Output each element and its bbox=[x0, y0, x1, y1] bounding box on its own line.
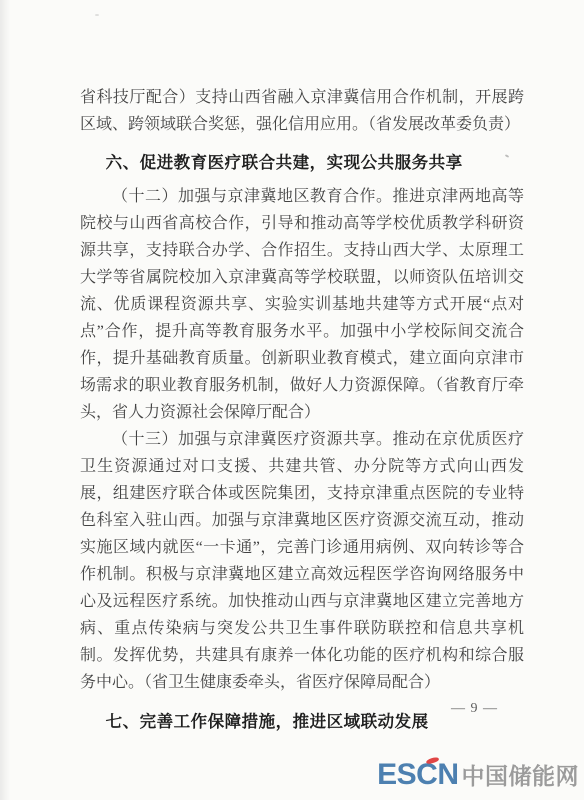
paragraph-item-13: （十三）加强与京津冀医疗资源共享。推动在京优质医疗卫生资源通过对口支援、共建共管… bbox=[80, 426, 524, 696]
scan-edge-shadow bbox=[0, 0, 10, 800]
escn-logo-letters-es: ES bbox=[377, 758, 416, 791]
scanned-document-page: 省科技厅配合）支持山西省融入京津冀信用合作机制，开展跨区域、跨领域联合奖惩，强化… bbox=[0, 0, 584, 800]
page-number: — 9 — bbox=[451, 701, 498, 717]
escn-logo-letter-n: N bbox=[437, 758, 458, 791]
escn-watermark-logo: ESCN 中国储能网 bbox=[377, 757, 579, 793]
paragraph-item-12: （十二）加强与京津冀地区教育合作。推进京津两地高等院校与山西省高校合作，引导和推… bbox=[80, 183, 524, 426]
scan-artifact-speck bbox=[95, 14, 99, 16]
escn-logo-text: ESCN bbox=[377, 757, 458, 793]
document-body: 省科技厅配合）支持山西省融入京津冀信用合作机制，开展跨区域、跨领域联合奖惩，强化… bbox=[80, 84, 524, 742]
section-6-heading: 六、促进教育医疗联合共建，实现公共服务共享 bbox=[80, 150, 524, 177]
escn-site-name: 中国储能网 bbox=[462, 761, 580, 791]
paragraph-intro-continuation: 省科技厅配合）支持山西省融入京津冀信用合作机制，开展跨区域、跨领域联合奖惩，强化… bbox=[80, 84, 524, 138]
